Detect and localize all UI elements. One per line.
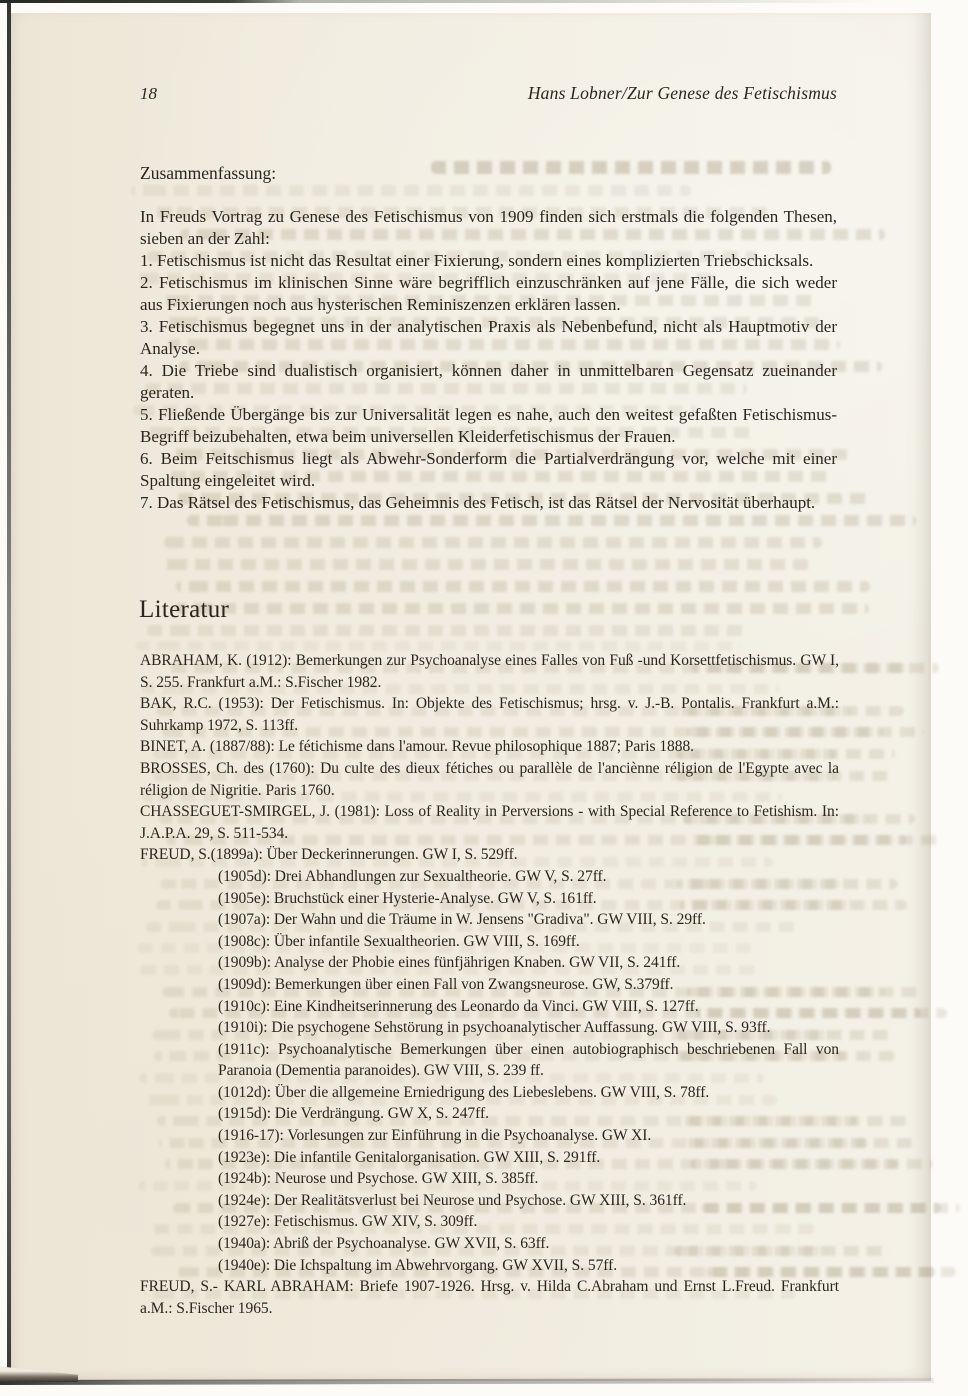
literature-entry: (1012d): Über die allgemeine Erniedrigun… xyxy=(140,1082,839,1104)
bleed-through-line xyxy=(187,515,915,526)
literature-heading: Literatur xyxy=(139,596,229,624)
literature-entry: CHASSEGUET-SMIRGEL, J. (1981): Loss of R… xyxy=(140,801,839,844)
summary-intro: In Freuds Vortrag zu Genese des Fetischi… xyxy=(140,206,837,250)
literature-entry: (1927e): Fetischismus. GW XIV, S. 309ff. xyxy=(140,1211,839,1233)
literature-entry: (1908c): Über infantile Sexualtheorien. … xyxy=(140,931,839,953)
literature-entry: (1905e): Bruchstück einer Hysterie-Analy… xyxy=(140,888,839,910)
literature-entry: (1924e): Der Realitätsverlust bei Neuros… xyxy=(140,1190,839,1212)
literature-entry: (1916-17): Vorlesungen zur Einführung in… xyxy=(140,1125,839,1147)
literature-entry: ABRAHAM, K. (1912): Bemerkungen zur Psyc… xyxy=(140,650,839,693)
thesis-6: 6. Beim Feitschismus liegt als Abwehr-So… xyxy=(140,448,837,492)
literature-entry: (1905d): Drei Abhandlungen zur Sexualthe… xyxy=(140,866,839,888)
literature-entry: (1915d): Die Verdrängung. GW X, S. 247ff… xyxy=(140,1103,839,1125)
scan-edge-bottom xyxy=(0,1378,934,1385)
book-page: 18 Hans Lobner/Zur Genese des Fetischism… xyxy=(11,13,931,1381)
summary-block: In Freuds Vortrag zu Genese des Fetischi… xyxy=(140,206,837,514)
scanned-page: 18 Hans Lobner/Zur Genese des Fetischism… xyxy=(0,0,968,1396)
literature-entry: FREUD, S.(1899a): Über Deckerinnerungen.… xyxy=(140,844,839,866)
thesis-7: 7. Das Rätsel des Fetischismus, das Gehe… xyxy=(140,492,837,514)
literature-entry: (1911c): Psychoanalytische Bemerkungen ü… xyxy=(140,1039,839,1082)
running-header: Hans Lobner/Zur Genese des Fetischismus xyxy=(528,83,837,104)
summary-heading: Zusammenfassung: xyxy=(140,163,837,184)
bleed-through-line xyxy=(175,603,868,614)
scan-edge-top xyxy=(0,0,880,3)
thesis-4: 4. Die Triebe sind dualistisch organisie… xyxy=(140,360,837,404)
literature-entry: (1909b): Analyse der Phobie eines fünfjä… xyxy=(140,952,839,974)
literature-list: ABRAHAM, K. (1912): Bemerkungen zur Psyc… xyxy=(140,650,839,1319)
literature-entry: BINET, A. (1887/88): Le fétichisme dans … xyxy=(140,736,839,758)
bleed-through-line xyxy=(164,537,823,548)
literature-entry: (1940e): Die Ichspaltung im Abwehrvorgan… xyxy=(140,1255,839,1277)
literature-entry: FREUD, S.- KARL ABRAHAM: Briefe 1907-192… xyxy=(140,1276,839,1319)
thesis-1: 1. Fetischismus ist nicht das Resultat e… xyxy=(140,250,837,272)
literature-entry: (1909d): Bemerkungen über einen Fall von… xyxy=(140,974,839,996)
literature-entry: (1923e): Die infantile Genitalorganisati… xyxy=(140,1147,839,1169)
page-number: 18 xyxy=(140,84,157,104)
bleed-through-line xyxy=(131,185,691,196)
literature-entry: (1910i): Die psychogene Sehstörung in ps… xyxy=(140,1017,839,1039)
literature-entry: (1910c): Eine Kindheitserinnerung des Le… xyxy=(140,996,839,1018)
thesis-2: 2. Fetischismus im klinischen Sinne wäre… xyxy=(140,272,837,316)
literature-entry: (1940a): Abriß der Psychoanalyse. GW XVI… xyxy=(140,1233,839,1255)
thesis-3: 3. Fetischismus begegnet uns in der anal… xyxy=(140,316,837,360)
bleed-through-line xyxy=(146,625,750,636)
literature-entry: BAK, R.C. (1953): Der Fetischismus. In: … xyxy=(140,693,839,736)
literature-entry: (1907a): Der Wahn und die Träume in W. J… xyxy=(140,909,839,931)
page-header: 18 Hans Lobner/Zur Genese des Fetischism… xyxy=(140,83,837,104)
literature-entry: BROSSES, Ch. des (1760): Du culte des di… xyxy=(140,758,839,801)
scan-edge-left xyxy=(7,2,11,1382)
bleed-through-line xyxy=(161,559,810,570)
thesis-5: 5. Fließende Übergänge bis zur Universal… xyxy=(140,404,837,448)
bleed-through-line xyxy=(176,581,870,592)
literature-entry: (1924b): Neurose und Psychose. GW XIII, … xyxy=(140,1168,839,1190)
